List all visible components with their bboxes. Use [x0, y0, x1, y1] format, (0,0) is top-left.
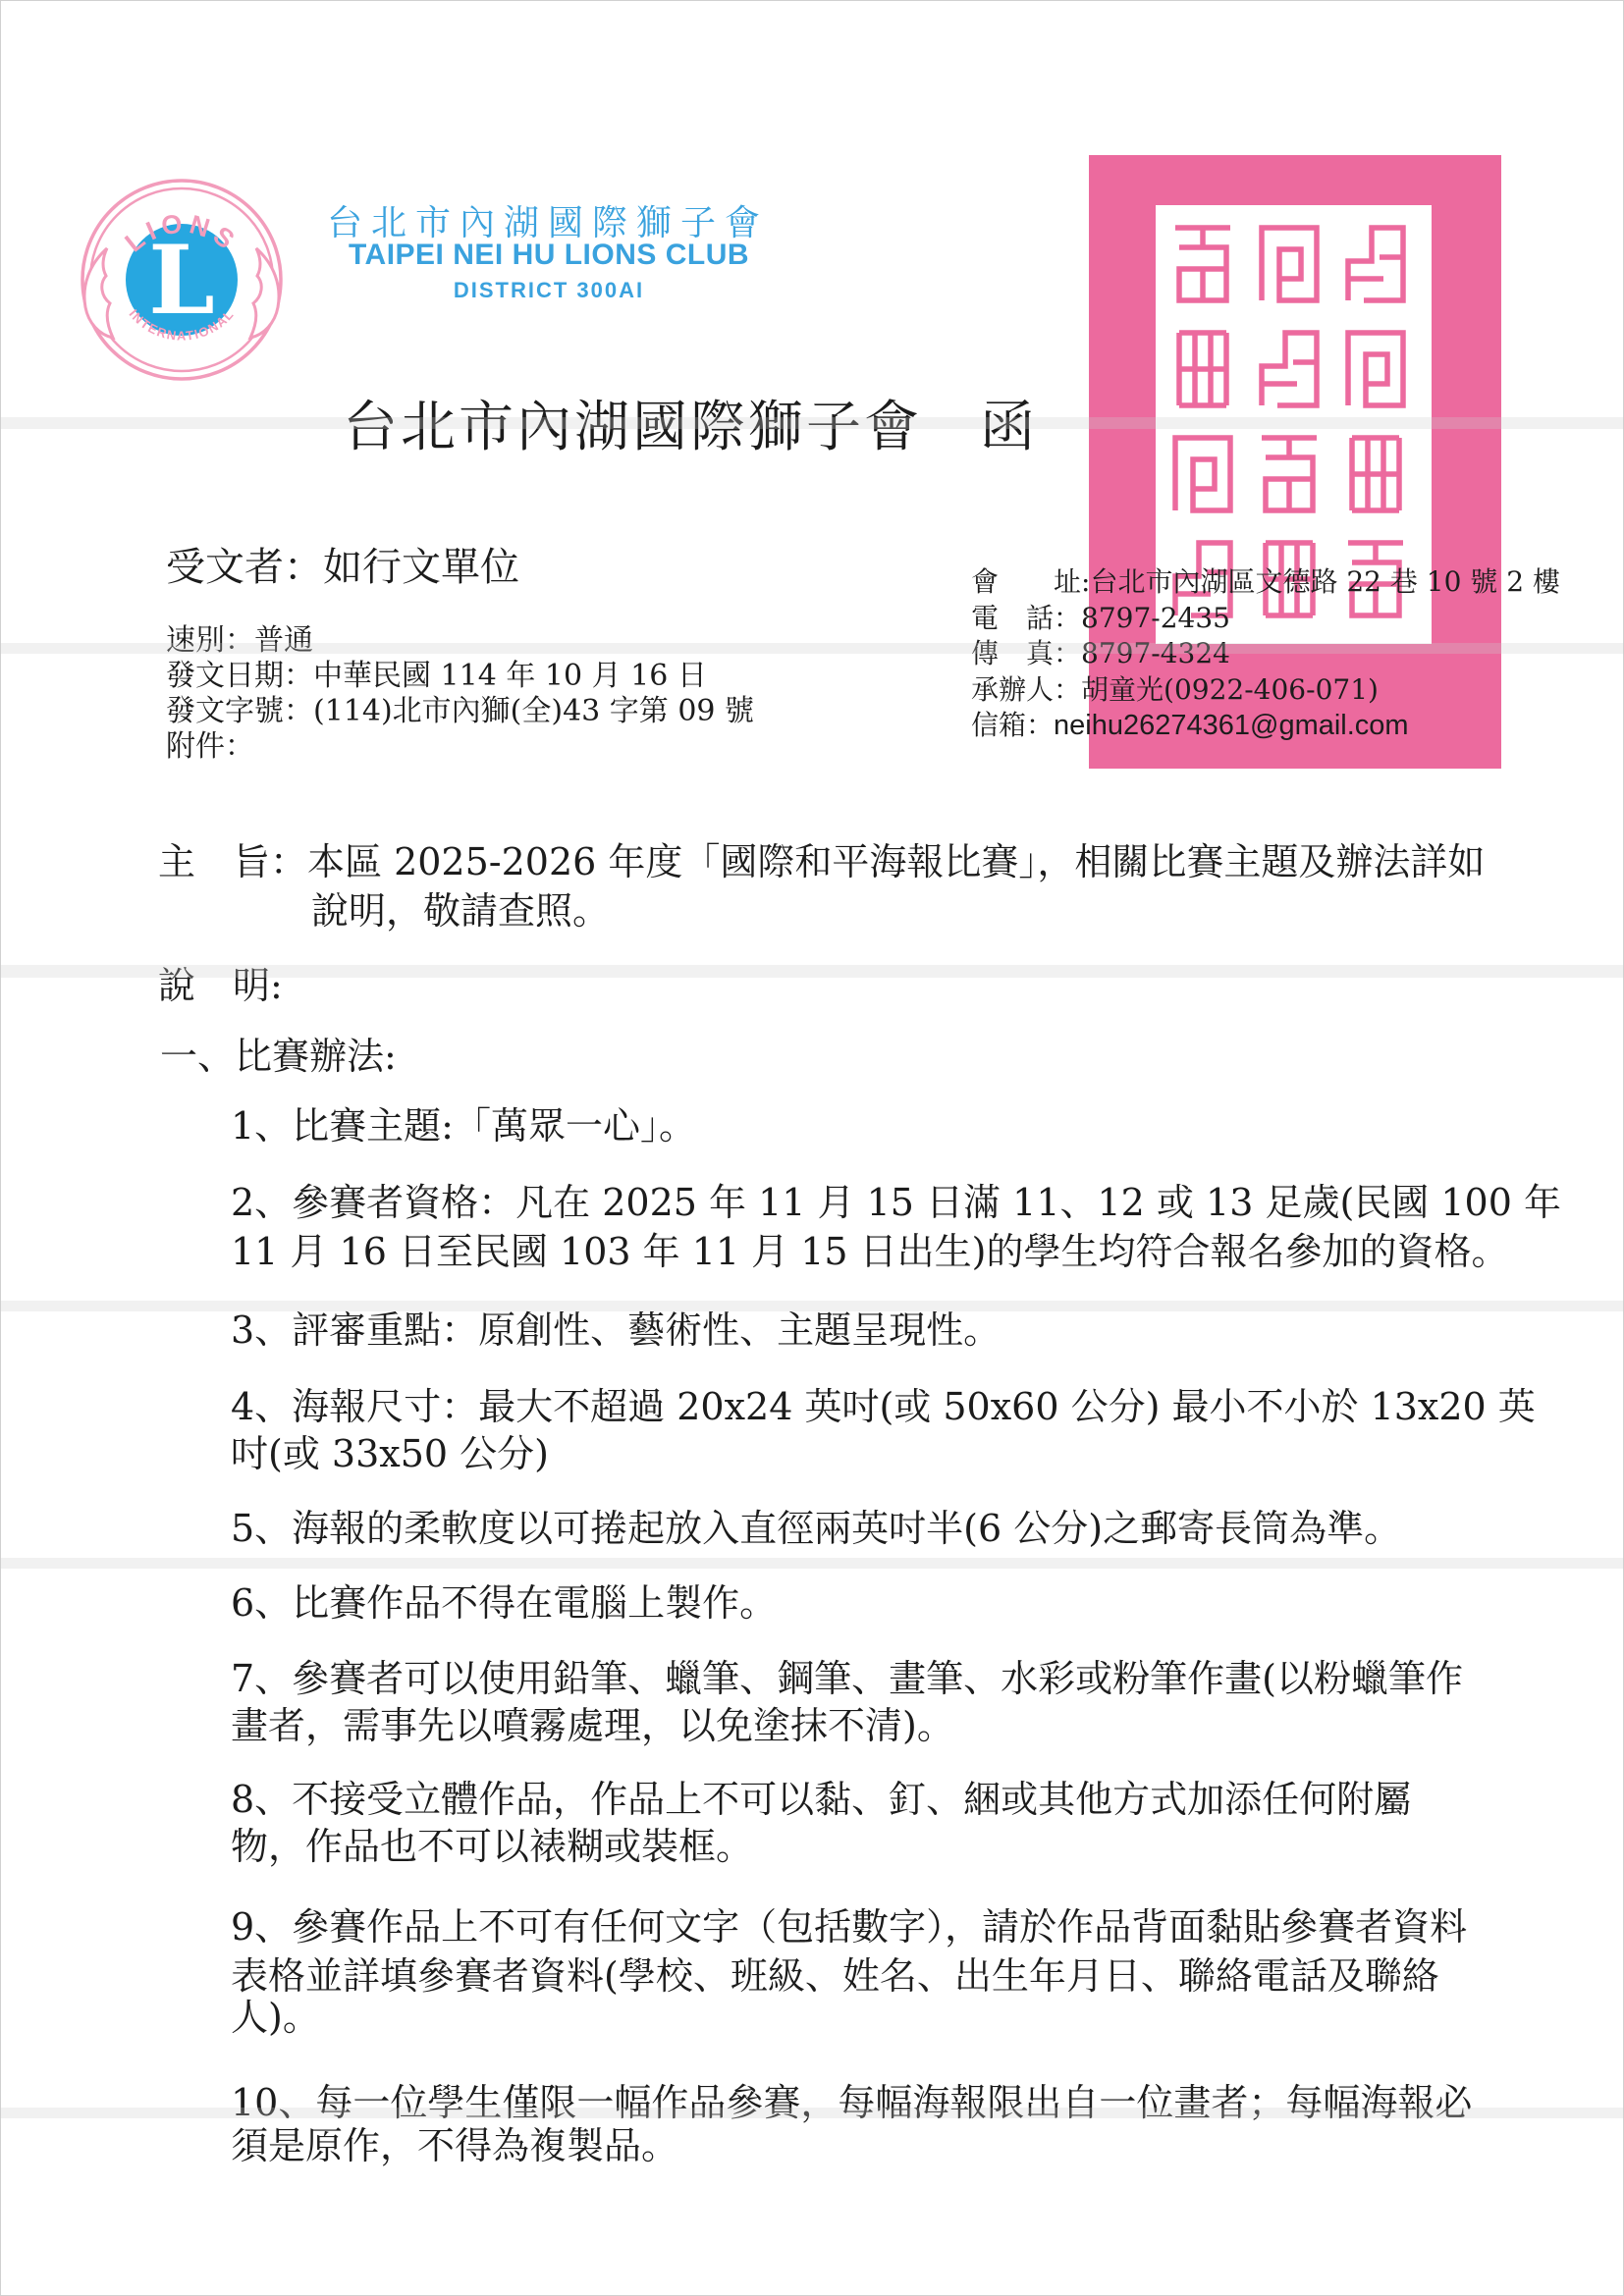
detail-heading: 一、比賽辦法: [160, 1026, 397, 1080]
contact-phone-label: 電 話： [971, 602, 1081, 634]
meta-speed: 速別：普通 [166, 623, 754, 659]
contact-person: 承辦人：胡童光(0922-406-071) [971, 672, 1560, 709]
contact-fax-value: 8797-4324 [1081, 637, 1230, 669]
scan-band [1, 1558, 1624, 1569]
contact-address: 會 址:台北市內湖區文德路 22 巷 10 號 2 樓 [971, 564, 1560, 601]
subject-line-2: 說明，敬請查照。 [311, 881, 610, 934]
contact-email: 信箱：neihu26274361@gmail.com [971, 708, 1560, 744]
contact-phone-value: 8797-2435 [1081, 602, 1230, 634]
meta-attachment: 附件： [166, 729, 754, 765]
item-6-line-1: 6、比賽作品不得在電腦上製作。 [231, 1573, 777, 1618]
letterhead-district: DISTRICT 300AI [327, 278, 771, 303]
item-10-line-1: 10、每一位學生僅限一幅作品參賽，每幅海報限出自一位畫者；每幅海報必 [231, 2072, 1472, 2117]
letterhead-en-block: TAIPEI NEI HU LIONS CLUB DISTRICT 300AI [327, 239, 771, 303]
item-7-line-1: 7、參賽者可以使用鉛筆、蠟筆、鋼筆、畫筆、水彩或粉筆作畫(以粉蠟筆作 [231, 1648, 1463, 1693]
contact-address-value: 台北市內湖區文德路 22 巷 10 號 2 樓 [1090, 565, 1559, 598]
contact-email-value: neihu26274361@gmail.com [1054, 710, 1409, 741]
document-title: 台北市內湖國際獅子會 函 [343, 384, 1038, 462]
subject-line-1: 主 旨：本區 2025-2026 年度「國際和平海報比賽」，相關比賽主題及辦法詳… [158, 831, 1485, 885]
meta-block: 速別：普通 發文日期：中華民國 114 年 10 月 16 日 發文字號：(11… [166, 623, 754, 765]
contact-phone: 電 話：8797-2435 [971, 601, 1560, 637]
item-2-line-1: 2、參賽者資格：凡在 2025 年 11 月 15 日滿 11、12 或 13 … [231, 1172, 1561, 1217]
item-4-line-2: 吋(或 33x50 公分) [231, 1423, 549, 1468]
contact-block: 會 址:台北市內湖區文德路 22 巷 10 號 2 樓 電 話：8797-243… [971, 564, 1560, 744]
item-3-line-1: 3、評審重點：原創性、藝術性、主題呈現性。 [231, 1300, 1001, 1345]
item-7-line-2: 畫者，需事先以噴霧處理，以免塗抹不清)。 [231, 1695, 954, 1740]
contact-address-label: 會 址: [971, 565, 1090, 598]
item-5-line-1: 5、海報的柔軟度以可捲起放入直徑兩英吋半(6 公分)之郵寄長筒為準。 [231, 1498, 1401, 1543]
meta-ref-no: 發文字號：(114)北市內獅(全)43 字第 09 號 [166, 694, 754, 729]
item-8-line-2: 物，作品也不可以裱糊或裝框。 [231, 1816, 753, 1861]
letterhead-club-name-en: TAIPEI NEI HU LIONS CLUB [327, 239, 771, 272]
contact-email-label: 信箱： [971, 709, 1054, 741]
explanation-label: 說 明: [158, 955, 283, 1009]
contact-fax: 傳 真：8797-4324 [971, 636, 1560, 672]
contact-fax-label: 傳 真： [971, 637, 1081, 669]
contact-person-value: 胡童光(0922-406-071) [1081, 673, 1379, 706]
item-10-line-2: 須是原作，不得為複製品。 [231, 2115, 678, 2161]
item-2-line-2: 11 月 16 日至民國 103 年 11 月 15 日出生)的學生均符合報名參… [231, 1221, 1508, 1266]
lions-club-logo-icon: L LIONS INTERNATIONAL [78, 176, 286, 384]
item-1-line-1: 1、比賽主題:「萬眾一心」。 [231, 1095, 696, 1141]
item-4-line-1: 4、海報尺寸：最大不超過 20x24 英吋(或 50x60 公分) 最小不小於 … [231, 1376, 1536, 1421]
item-8-line-1: 8、不接受立體作品，作品上不可以黏、釘、綑或其他方式加添任何附屬 [231, 1769, 1411, 1814]
item-9-line-1: 9、參賽作品上不可有任何文字（包括數字），請於作品背面黏貼參賽者資料 [231, 1896, 1467, 1942]
meta-date: 發文日期：中華民國 114 年 10 月 16 日 [166, 659, 754, 694]
item-9-line-3: 人)。 [231, 1987, 320, 2032]
contact-person-label: 承辦人： [971, 673, 1081, 706]
scanned-letter-page: L LIONS INTERNATIONAL 台北市內湖國際獅子會 TAIPEI … [0, 0, 1624, 2296]
item-9-line-2: 表格並詳填參賽者資料(學校、班級、姓名、出生年月日、聯絡電話及聯絡 [231, 1946, 1439, 1991]
recipient-line: 受文者：如行文單位 [166, 536, 519, 592]
